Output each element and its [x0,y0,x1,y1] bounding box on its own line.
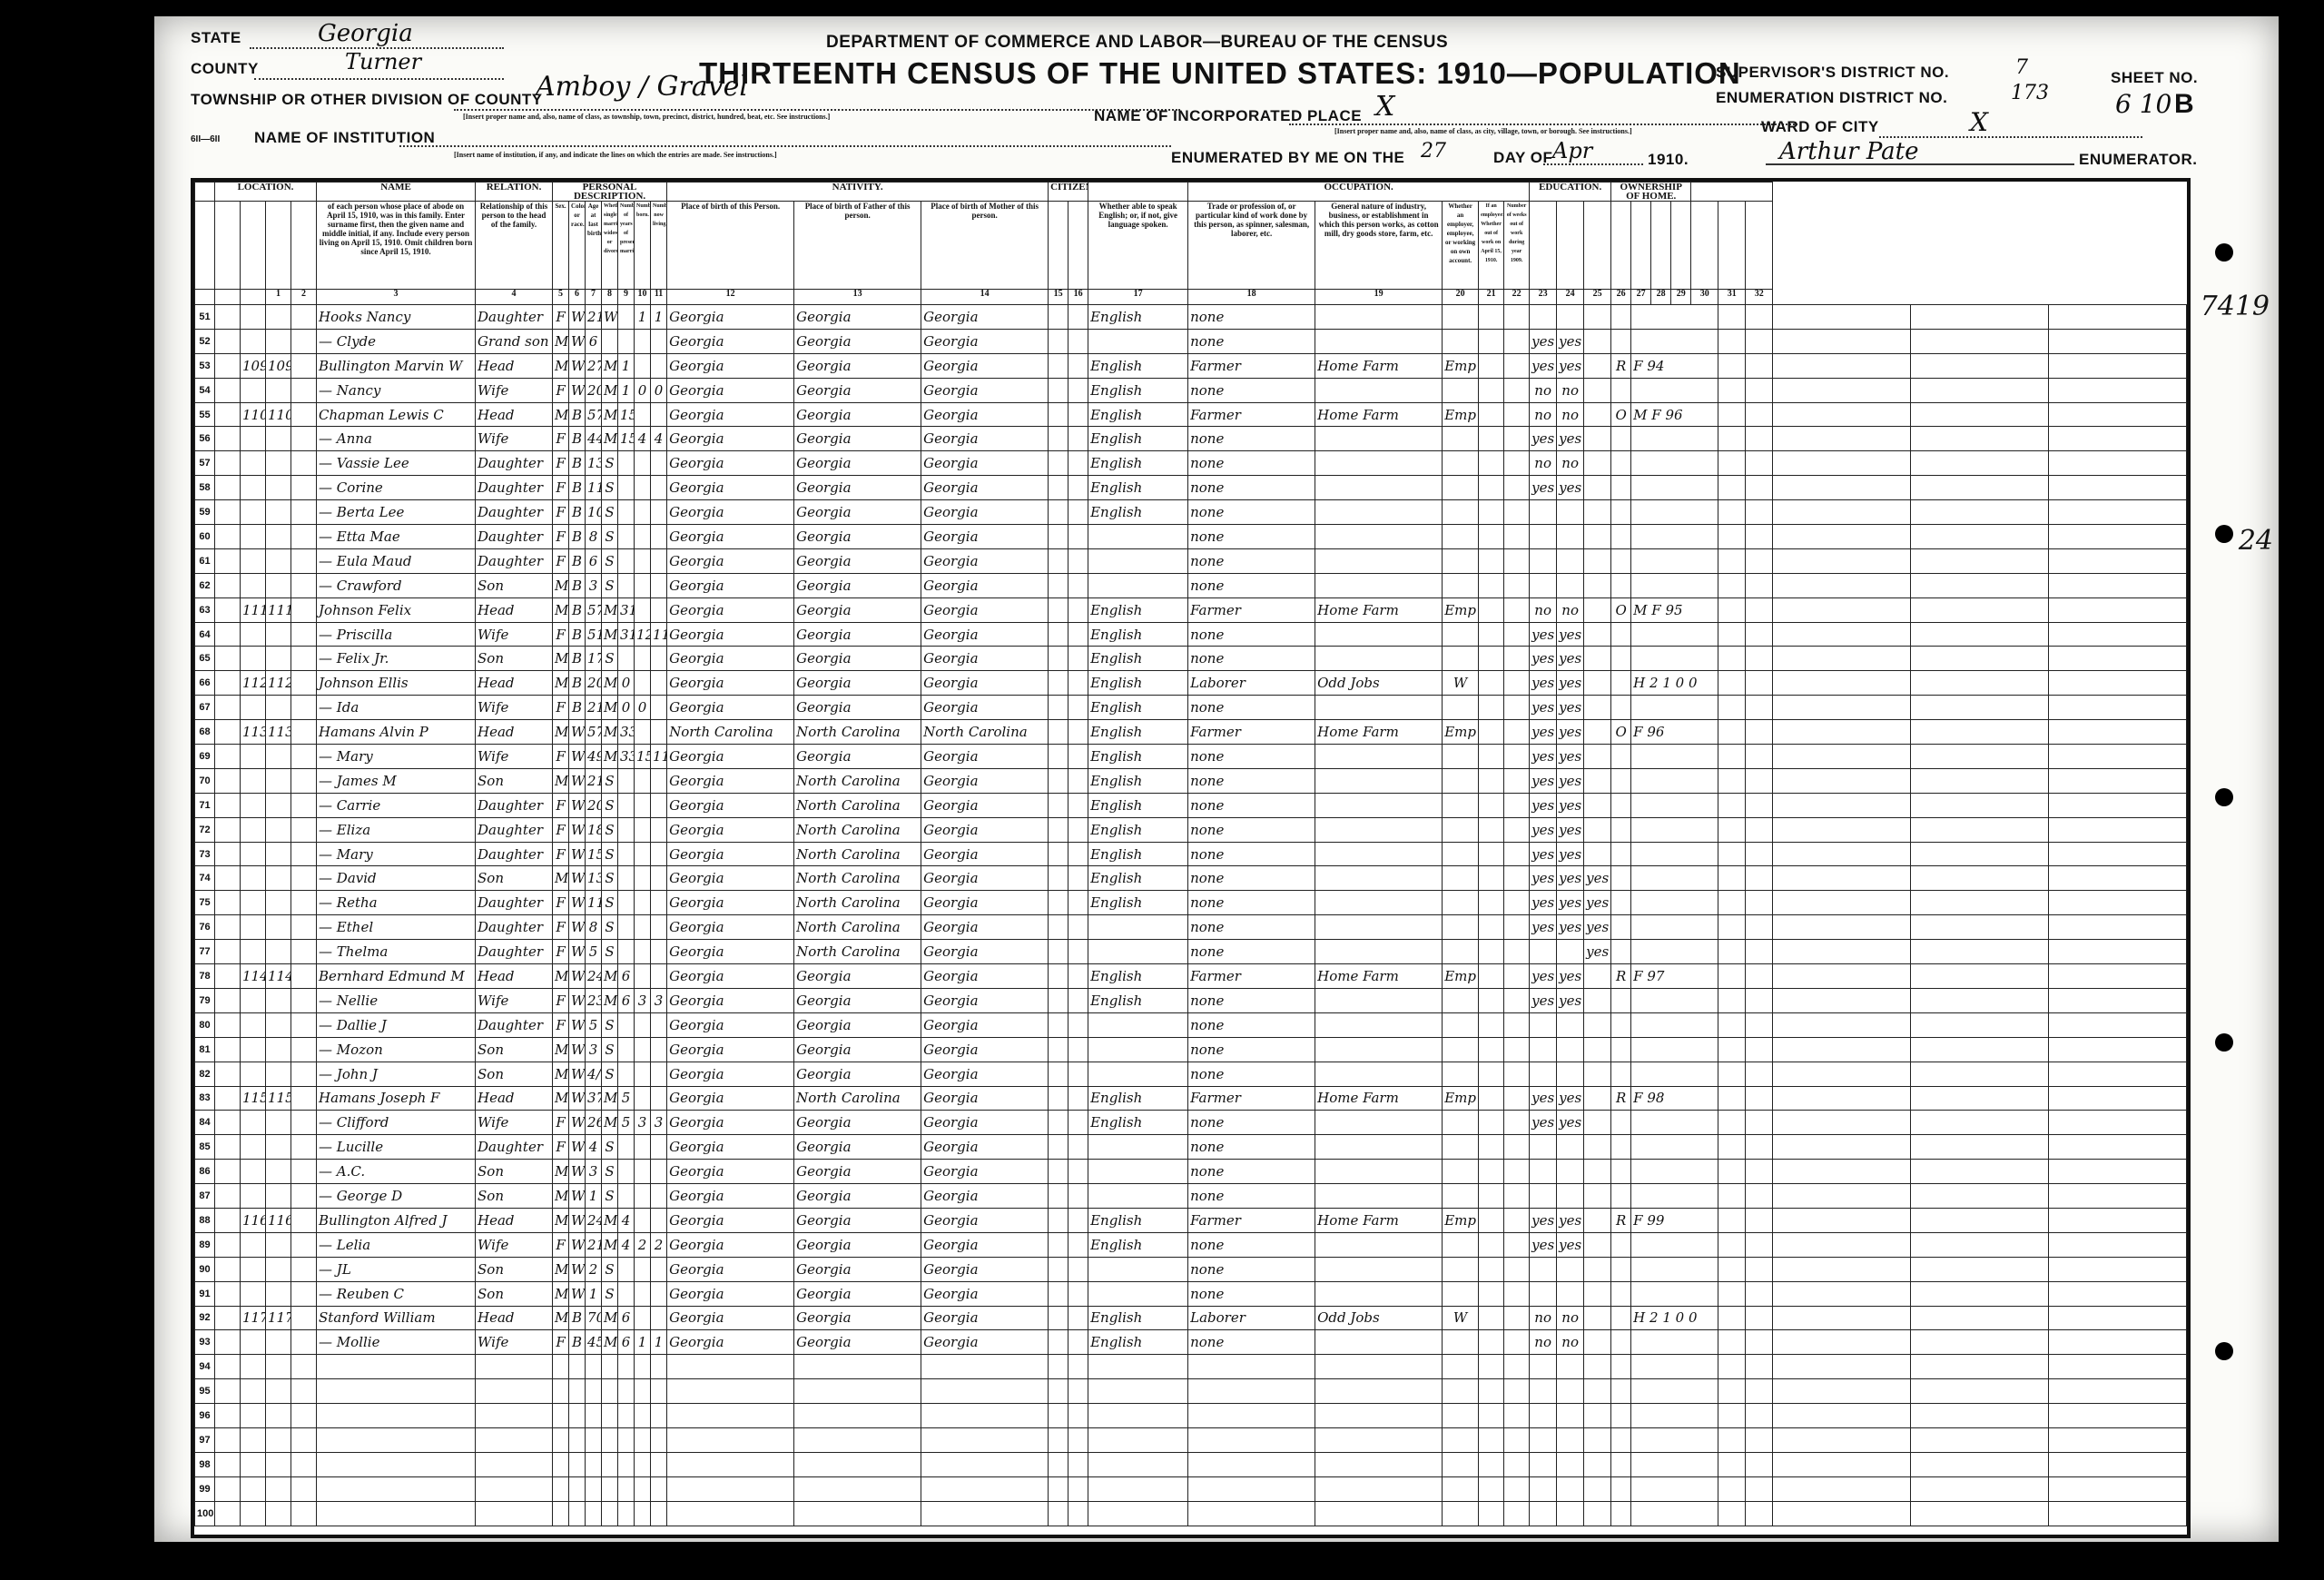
cell-employ [1443,1160,1479,1184]
cell-own [1611,745,1631,769]
cell-empty [1049,1208,1068,1232]
cell-marital: M1 [602,1232,618,1257]
cell-empty [2049,402,2187,427]
cell-empty [1746,817,1773,842]
cell-birth: Georgia [667,1306,794,1330]
col-marital: Whether single, married, widowed, or div… [602,202,618,290]
cell-empty [1068,573,1088,597]
cell-sex: M [553,671,569,696]
cell-age: 24 [586,1208,602,1232]
cell-school [1584,1208,1611,1232]
cell-age: 26 [586,1111,602,1135]
cell-mother: North Carolina [921,720,1049,745]
cell-farm: H 2 1 0 0 [1631,671,1718,696]
cell-empty [1773,1404,1911,1428]
cell-empty [1049,1501,1068,1526]
cell-read: yes [1530,866,1557,891]
cell-empty [1068,329,1088,353]
cell-language [1088,1257,1188,1281]
cell-school [1584,1111,1611,1135]
cell-marital: S [602,866,618,891]
cell-empty [1746,720,1773,745]
cell-read: yes [1530,1208,1557,1232]
cell-own: O [1611,597,1631,622]
cell-years [618,1355,635,1379]
cell-sex: F [553,1012,569,1037]
table-row: 71— CarrieDaughterFW20SGeorgiaNorth Caro… [195,793,2187,817]
cell-empty [1504,1184,1530,1209]
cell-birth: Georgia [667,305,794,330]
cell-employ [1443,525,1479,549]
cell-empty [1504,1355,1530,1379]
cell-read: yes [1530,696,1557,720]
cell-write: yes [1557,353,1584,378]
cell-mother: Georgia [921,915,1049,940]
cell-empty [1718,1184,1746,1209]
cell-trade: none [1188,647,1315,671]
cell-language [1088,1160,1188,1184]
cell-line: 100 [195,1501,215,1526]
cell-family [266,745,291,769]
cell-empty [291,1012,317,1037]
cell-employ [1443,891,1479,915]
cell-write [1557,1160,1584,1184]
cell-race [569,1379,586,1404]
cell-empty [2049,1037,2187,1062]
cell-empty [291,793,317,817]
cell-write: no [1557,378,1584,402]
cell-empty [1718,573,1746,597]
cell-empty [1718,305,1746,330]
cell-father [794,1404,921,1428]
cell-relation: Head [476,597,553,622]
cell-born [635,1135,651,1160]
cell-empty [1504,1306,1530,1330]
table-row: 59— Berta LeeDaughterFB10SGeorgiaGeorgia… [195,500,2187,525]
cell-empty [1479,1330,1504,1355]
cell-language: English [1088,817,1188,842]
cell-race: W [569,305,586,330]
cell-empty [1911,1111,2049,1135]
cell-empty [291,427,317,451]
cell-line: 87 [195,1184,215,1209]
hole-icon [2215,243,2233,262]
cell-birth: North Carolina [667,720,794,745]
cell-years [618,1452,635,1476]
cell-living [651,1306,667,1330]
cell-industry [1315,1160,1443,1184]
cell-farm [1631,1281,1718,1306]
cell-language: English [1088,1306,1188,1330]
cell-marital [602,1452,618,1476]
cell-empty [1049,1086,1068,1111]
cell-birth: Georgia [667,1135,794,1160]
cell-read [1530,1452,1557,1476]
cell-empty [1718,768,1746,793]
cell-farm [1631,622,1718,647]
cell-born: 2 [635,1232,651,1257]
cell-empty [1068,1404,1088,1428]
cell-race: W [569,1281,586,1306]
cell-family [266,525,291,549]
cell-line: 99 [195,1476,215,1501]
cell-birth [667,1476,794,1501]
cell-empty [1773,1062,1911,1086]
cell-born [635,940,651,964]
cell-relation [476,1452,553,1476]
cell-mother [921,1476,1049,1501]
cell-living [651,1281,667,1306]
cell-born [635,353,651,378]
cell-empty [1068,696,1088,720]
cell-living: 3 [651,1111,667,1135]
cell-empty [1068,1208,1088,1232]
table-row: 79— NellieWifeFW23M1633GeorgiaGeorgiaGeo… [195,988,2187,1012]
cell-school [1584,622,1611,647]
cell-sex: F [553,793,569,817]
cell-empty [2049,1184,2187,1209]
cell-employ [1443,768,1479,793]
cell-trade: none [1188,915,1315,940]
cell-empty [1746,1501,1773,1526]
cell-years [618,817,635,842]
cell-empty [291,988,317,1012]
cell-relation: Wife [476,378,553,402]
cell-empty [1479,1404,1504,1428]
cell-read [1530,1037,1557,1062]
cell-father: North Carolina [794,720,921,745]
cell-marital: S [602,500,618,525]
cell-empty [291,525,317,549]
cell-birth: Georgia [667,597,794,622]
cell-empty [1718,647,1746,671]
cell-school [1584,476,1611,500]
cell-family: 109 [266,353,291,378]
cell-language [1088,1476,1188,1501]
cell-birth: Georgia [667,915,794,940]
cell-empty [1773,720,1911,745]
cell-empty [1911,1379,2049,1404]
cell-empty [1911,476,2049,500]
cell-farm: M F 95 [1631,597,1718,622]
cell-school [1584,573,1611,597]
cell-empty [291,745,317,769]
cell-empty [1068,1037,1088,1062]
cell-empty [215,476,241,500]
table-row: 78114114Bernhard Edmund MHeadMW24M16Geor… [195,964,2187,989]
cell-family [266,768,291,793]
cell-language [1088,1184,1188,1209]
cell-empty [215,329,241,353]
cell-read [1530,1476,1557,1501]
cell-birth: Georgia [667,696,794,720]
cell-father: North Carolina [794,793,921,817]
cell-age: 20 [586,378,602,402]
cell-name: — Clyde [317,329,476,353]
cell-empty [1049,1281,1068,1306]
cell-empty [1479,817,1504,842]
table-row: 70— James MSonMW21SGeorgiaNorth Carolina… [195,768,2187,793]
cell-born [635,1379,651,1404]
cell-employ [1443,647,1479,671]
table-row: 73— MaryDaughterFW15SGeorgiaNorth Caroli… [195,842,2187,866]
cell-empty [291,1281,317,1306]
cell-empty [1504,573,1530,597]
cell-sex: F [553,1111,569,1135]
cell-dwelling [241,1330,266,1355]
cell-school [1584,964,1611,989]
cell-language [1088,1427,1188,1452]
cell-relation: Head [476,671,553,696]
cell-line: 60 [195,525,215,549]
cell-marital: M1 [602,597,618,622]
cell-write [1557,1452,1584,1476]
cell-language: English [1088,451,1188,476]
cell-empty [1049,866,1068,891]
cell-marital: M1 [602,1111,618,1135]
cell-employ [1443,378,1479,402]
cell-school [1584,305,1611,330]
cell-empty [291,915,317,940]
cell-trade: none [1188,500,1315,525]
cell-language: English [1088,891,1188,915]
cell-empty [1479,793,1504,817]
cell-empty [1773,891,1911,915]
table-row: 96 [195,1404,2187,1428]
cell-name: — Mary [317,745,476,769]
cell-empty [1718,1404,1746,1428]
cell-birth: Georgia [667,1111,794,1135]
cell-trade: none [1188,622,1315,647]
cell-empty [1068,525,1088,549]
cell-empty [2049,378,2187,402]
cell-empty [291,940,317,964]
cell-relation: Son [476,1160,553,1184]
cell-race: B [569,500,586,525]
cell-birth: Georgia [667,1037,794,1062]
cell-own [1611,1160,1631,1184]
cell-empty [1746,329,1773,353]
cell-read [1530,1135,1557,1160]
cell-empty [291,622,317,647]
cell-empty [1746,305,1773,330]
cell-trade: Laborer [1188,671,1315,696]
cell-mother: Georgia [921,1257,1049,1281]
cell-language: English [1088,378,1188,402]
cell-school [1584,1330,1611,1355]
cell-race: W [569,866,586,891]
cell-empty [1504,866,1530,891]
cell-father: Georgia [794,305,921,330]
cell-born [635,1086,651,1111]
cell-name: Stanford William [317,1306,476,1330]
cell-sex: F [553,696,569,720]
cell-sex: F [553,378,569,402]
cell-living [651,768,667,793]
cell-family [266,1184,291,1209]
cell-employ [1443,1476,1479,1501]
cell-own [1611,451,1631,476]
cell-write: yes [1557,988,1584,1012]
cell-born [635,1306,651,1330]
cell-empty [2049,1476,2187,1501]
enumeration-district-label: ENUMERATION DISTRICT NO. [1716,89,1947,107]
cell-living [651,1012,667,1037]
cell-employ: Emp [1443,402,1479,427]
cell-born [635,1452,651,1476]
cell-empty [1773,1160,1911,1184]
cell-mother: Georgia [921,573,1049,597]
cell-language [1088,1062,1188,1086]
cell-empty [1911,891,2049,915]
cell-trade: none [1188,1184,1315,1209]
cell-empty [215,891,241,915]
cell-family [266,817,291,842]
sheet-side: B [2174,89,2194,120]
cell-dwelling [241,768,266,793]
cell-write [1557,1062,1584,1086]
col-birth-father: Place of birth of Father of this person. [794,202,921,290]
cell-living [651,1160,667,1184]
cell-father: North Carolina [794,817,921,842]
cell-own [1611,573,1631,597]
cell-industry [1315,891,1443,915]
cell-living: 1 [651,305,667,330]
cell-empty [215,988,241,1012]
cell-dwelling: 117 [241,1306,266,1330]
cell-name: — Thelma [317,940,476,964]
cell-farm [1631,988,1718,1012]
cell-empty [1746,915,1773,940]
cell-empty [1479,1086,1504,1111]
cell-marital: M1 [602,720,618,745]
cell-born [635,866,651,891]
cell-sex: F [553,988,569,1012]
cell-sex: M [553,1208,569,1232]
cell-empty [1049,915,1068,940]
cell-empty [1746,1452,1773,1476]
cell-empty [1773,1281,1911,1306]
cell-name: — Anna [317,427,476,451]
cell-empty [1049,597,1068,622]
cell-dwelling: 114 [241,964,266,989]
cell-marital: S [602,1062,618,1086]
cell-mother: Georgia [921,1208,1049,1232]
cell-birth: Georgia [667,1086,794,1111]
cell-father: Georgia [794,548,921,573]
cell-years [618,866,635,891]
cell-language [1088,1135,1188,1160]
hole-icon [2215,1342,2233,1360]
cell-empty [1049,793,1068,817]
cell-empty [1773,1037,1911,1062]
cell-empty [215,720,241,745]
cell-born [635,451,651,476]
cell-employ [1443,1404,1479,1428]
cell-relation: Head [476,720,553,745]
cell-name: Bullington Alfred J [317,1208,476,1232]
cell-mother: Georgia [921,696,1049,720]
cell-age: 4/12 [586,1062,602,1086]
cell-school [1584,597,1611,622]
cell-birth: Georgia [667,378,794,402]
cell-dwelling [241,500,266,525]
cell-mother: Georgia [921,525,1049,549]
cell-father: Georgia [794,1306,921,1330]
cell-empty [1049,573,1068,597]
cell-living [651,1355,667,1379]
cell-school: yes [1584,940,1611,964]
cell-empty [1479,696,1504,720]
col-num: 20 [1443,290,1479,305]
cell-relation: Daughter [476,940,553,964]
table-row: 75— RethaDaughterFW11SGeorgiaNorth Carol… [195,891,2187,915]
cell-living [651,720,667,745]
cell-line: 84 [195,1111,215,1135]
cell-years: 31 [618,597,635,622]
cell-name: Bullington Marvin W [317,353,476,378]
cell-dwelling [241,1501,266,1526]
col-num: 8 [602,290,618,305]
cell-born [635,891,651,915]
cell-relation: Wife [476,1111,553,1135]
cell-empty [1479,842,1504,866]
cell-empty [1718,817,1746,842]
cell-empty [1773,402,1911,427]
cell-age: 11 [586,891,602,915]
cell-trade: Farmer [1188,720,1315,745]
cell-empty [291,329,317,353]
cell-industry [1315,1476,1443,1501]
cell-born [635,1257,651,1281]
cell-language [1088,1281,1188,1306]
cell-dwelling: 109 [241,353,266,378]
cell-empty [1718,548,1746,573]
cell-employ [1443,476,1479,500]
cell-marital: S [602,1135,618,1160]
cell-empty [1504,940,1530,964]
cell-empty [1773,1452,1911,1476]
cell-empty [1746,1379,1773,1404]
cell-father: North Carolina [794,768,921,793]
cell-empty [1479,476,1504,500]
cell-write: yes [1557,696,1584,720]
cell-read [1530,1427,1557,1452]
cell-empty [291,500,317,525]
cell-empty [1068,768,1088,793]
col-num: 21 [1479,290,1504,305]
cell-own: O [1611,720,1631,745]
cell-family: 114 [266,964,291,989]
cell-empty [1746,988,1773,1012]
cell-empty [1068,622,1088,647]
cell-empty [291,1111,317,1135]
cell-empty [1718,671,1746,696]
cell-empty [1746,1208,1773,1232]
cell-empty [1746,1427,1773,1452]
cell-empty [215,866,241,891]
cell-empty [1068,1306,1088,1330]
cell-empty [1479,940,1504,964]
cell-father: North Carolina [794,915,921,940]
cell-relation: Wife [476,696,553,720]
cell-empty [1479,768,1504,793]
table-row: 87— George DSonMW1SGeorgiaGeorgiaGeorgia… [195,1184,2187,1209]
cell-empty [1773,329,1911,353]
cell-industry [1315,793,1443,817]
cell-empty [215,427,241,451]
cell-marital: M1 [602,378,618,402]
